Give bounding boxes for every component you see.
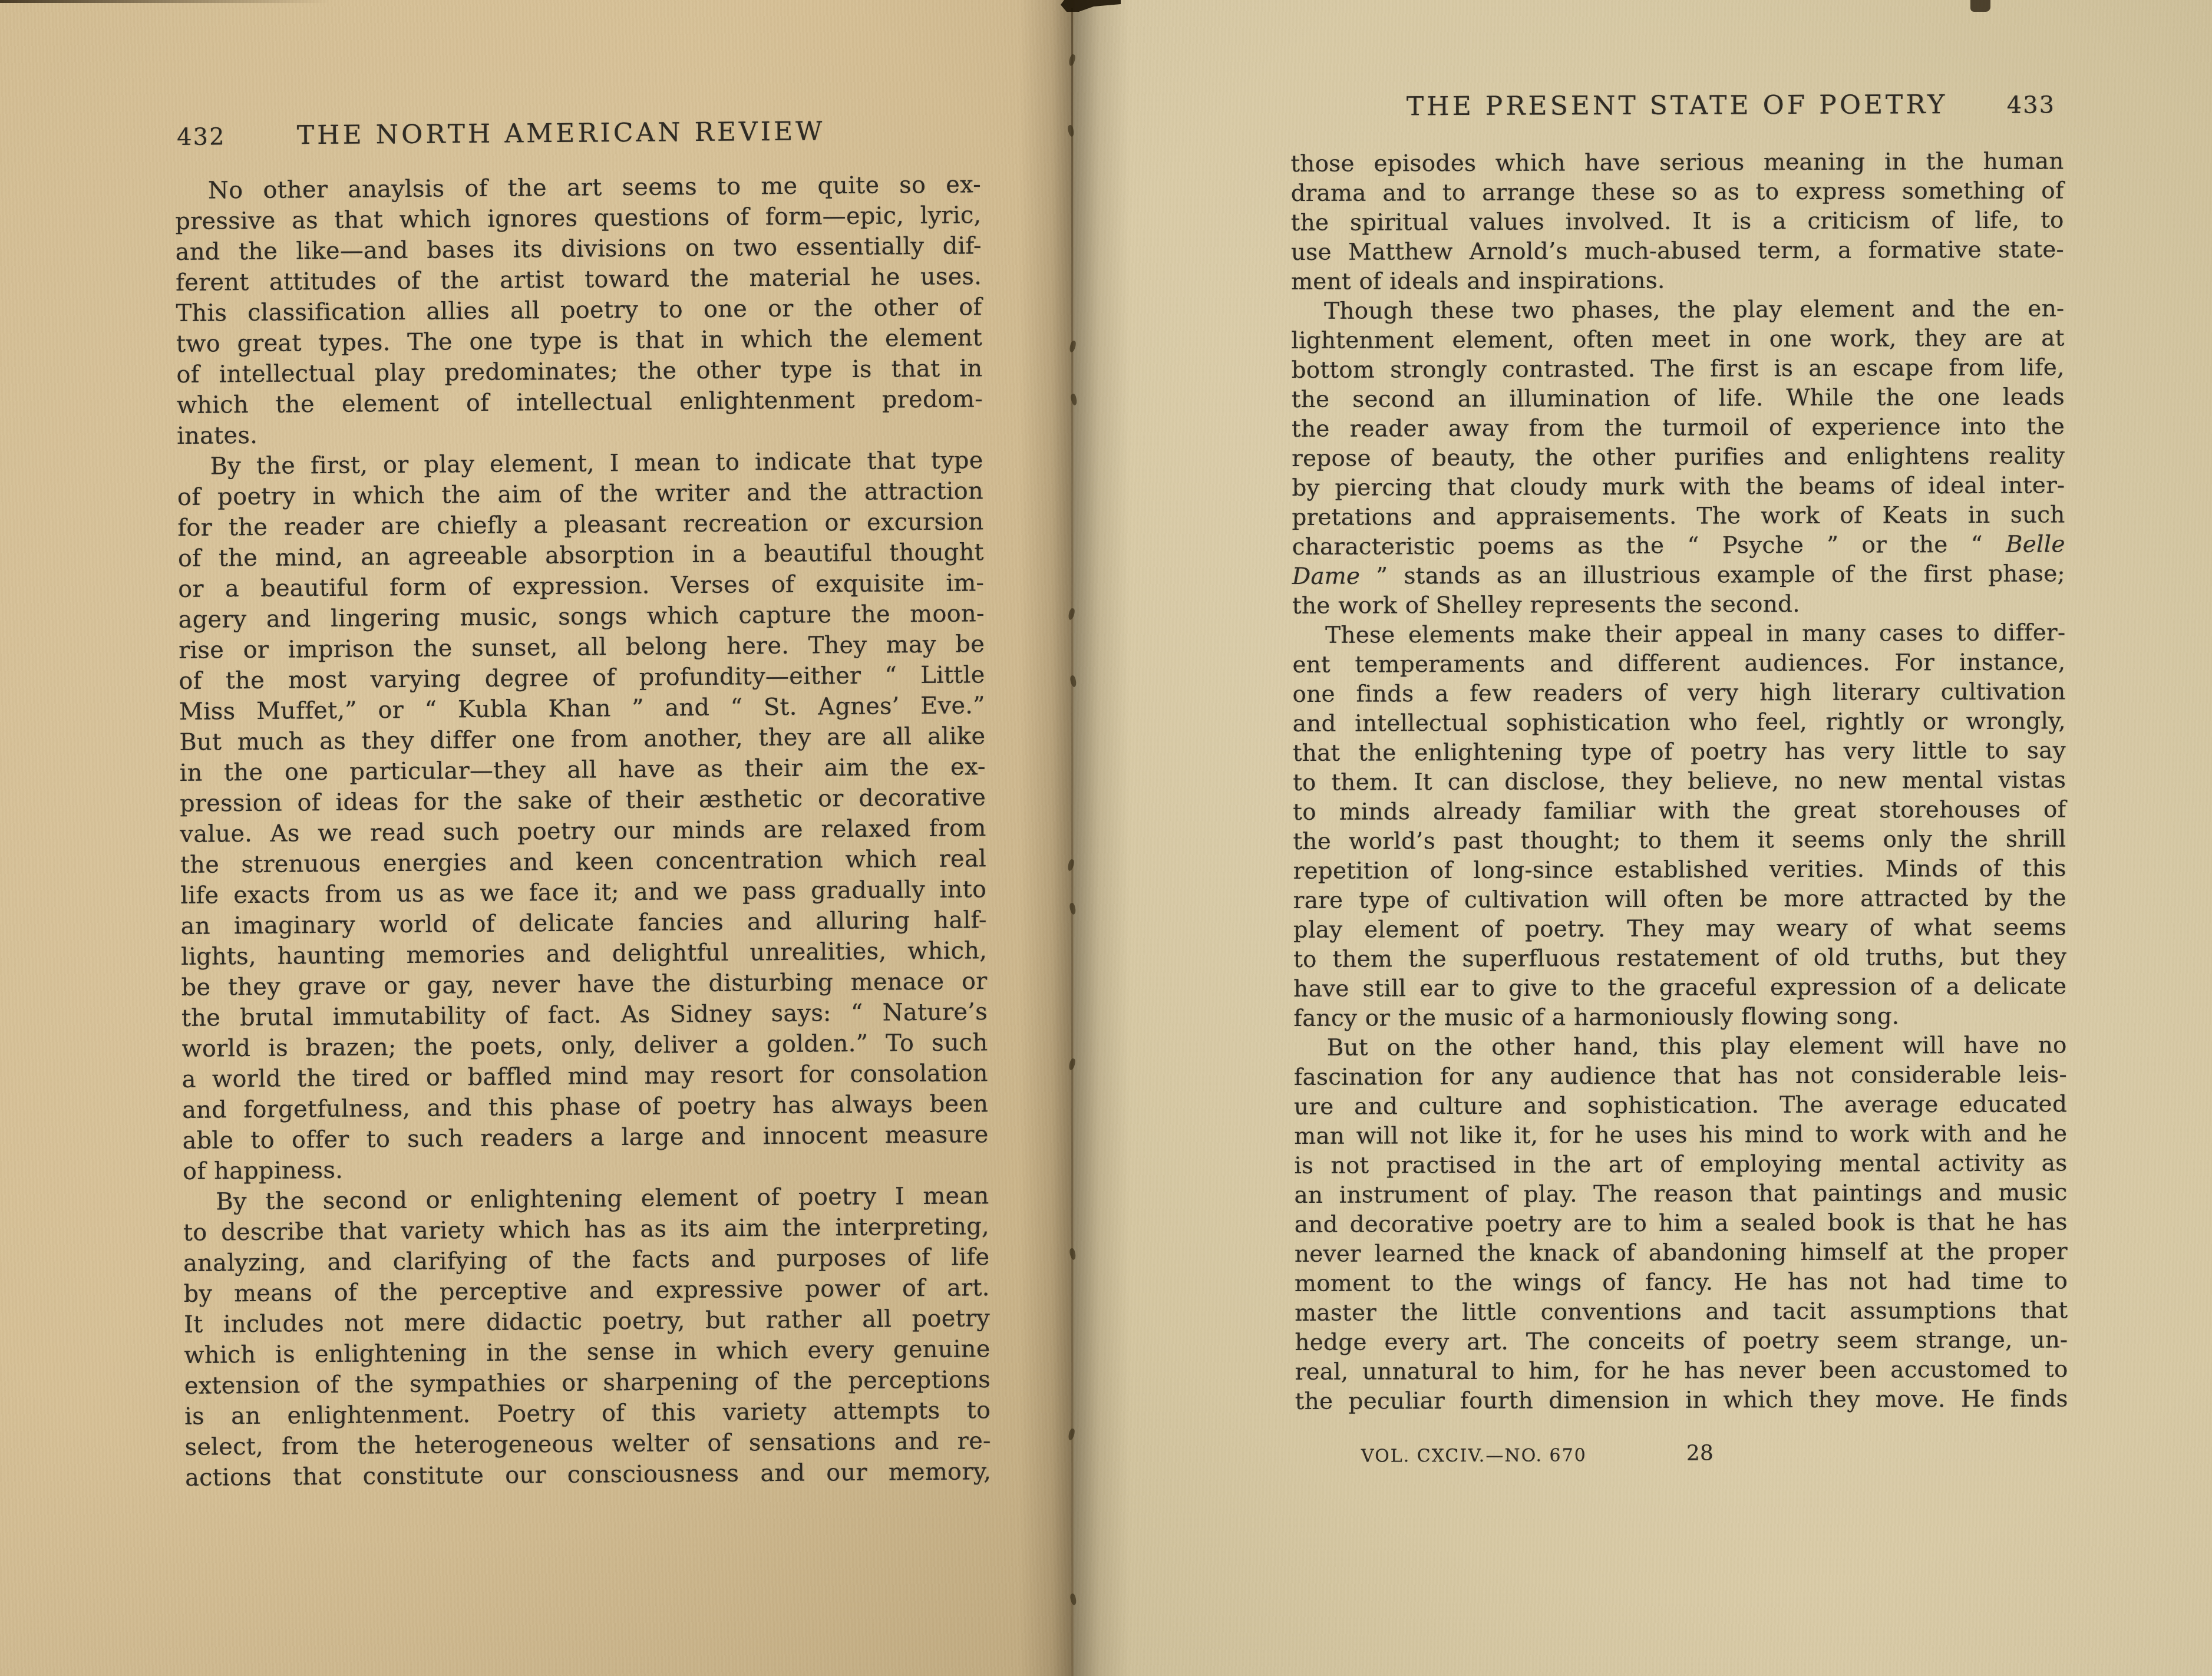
scan-artifact-top-right [1970,0,1990,12]
text-line: is not practised in the art of employing… [1294,1149,2067,1181]
text-line: Dame ” stands as an illustrious example … [1292,559,2065,592]
text-line: the second an illumination of life. Whil… [1292,382,2065,415]
text-line: moment to the wings of fancy. He has not… [1295,1266,2068,1299]
text-line: the spiritual values involved. It is a c… [1291,206,2064,238]
text-line: that the enlightening type of poetry has… [1293,736,2066,768]
right-body-text: those episodes which have serious meanin… [1290,147,2068,1417]
left-body-text: No other anaylsis of the art seems to me… [175,169,992,1493]
left-page-content: 432 THE NORTH AMERICAN REVIEW No other a… [174,115,991,1493]
scan-artifact-top-edge [0,0,330,3]
text-line: fascination for any audience that has no… [1294,1060,2067,1093]
text-line: use Matthew Arnold’s much-abused term, a… [1291,235,2064,268]
text-line: repetition of long-since established ver… [1293,854,2066,886]
text-line: lightenment element, often meet in one w… [1291,324,2064,356]
left-page-header: 432 THE NORTH AMERICAN REVIEW [174,115,980,158]
text-line: real, unnatural to him, for he has never… [1295,1355,2068,1387]
text-line: which the element of intellectual enligh… [177,384,983,421]
text-line: ure and culture and sophistication. The … [1294,1090,2067,1122]
signature-page-mark: 28 [1686,1441,1714,1466]
text-line: play element of poetry. They may weary o… [1293,913,2066,945]
text-line: and intellectual sophistication who feel… [1293,707,2066,739]
book-spread-scan: 432 THE NORTH AMERICAN REVIEW No other a… [0,0,2212,1676]
text-line: an instrument of play. The reason that p… [1294,1178,2067,1210]
text-line: those episodes which have serious meanin… [1290,147,2064,179]
left-running-title: THE NORTH AMERICAN REVIEW [174,115,980,151]
left-page-number: 432 [177,123,226,151]
text-line: and decorative poetry are to him a seale… [1295,1207,2068,1240]
text-line: master the little conventions and tacit … [1295,1296,2068,1328]
text-line: the peculiar fourth dimension in which t… [1295,1384,2068,1417]
text-line: Though these two phases, the play elemen… [1291,294,2064,326]
text-line: the reader away from the turmoil of expe… [1292,412,2065,444]
text-line: the work of Shelley represents the secon… [1292,589,2065,621]
text-line: to them the superfluous restatement of o… [1293,942,2066,975]
book-gutter-crease [1071,8,1073,1676]
text-line: rare type of cultivation will often be m… [1293,883,2066,916]
text-line: But on the other hand, this play element… [1294,1031,2067,1063]
right-page: THE PRESENT STATE OF POETRY 433 those ep… [1074,0,2212,1676]
text-line: These elements make their appeal in many… [1292,618,2065,651]
text-line: bottom strongly contrasted. The first is… [1292,353,2065,385]
text-line: by piercing that cloudy murk with the be… [1292,471,2065,503]
right-page-content: THE PRESENT STATE OF POETRY 433 those ep… [1290,89,2068,1470]
text-line: actions that constitute our consciousnes… [185,1456,991,1493]
left-page: 432 THE NORTH AMERICAN REVIEW No other a… [0,0,1074,1676]
text-line: have still ear to give to the graceful e… [1293,972,2066,1004]
text-line: characteristic poems as the “ Psyche ” o… [1292,530,2065,562]
right-page-header: THE PRESENT STATE OF POETRY 433 [1290,89,2064,128]
text-line: repose of beauty, the other purifies and… [1292,441,2065,474]
text-line: the world’s past thought; to them it see… [1293,824,2066,857]
text-line: to them. It can disclose, they believe, … [1293,766,2066,798]
text-line: ment of ideals and inspirations. [1291,265,2064,297]
text-line: one finds a few readers of very high lit… [1292,677,2065,710]
text-line: fancy or the music of a harmoniously flo… [1293,1001,2066,1034]
text-line: never learned the knack of abandoning hi… [1295,1237,2068,1269]
text-line: ent temperaments and different audiences… [1292,648,2065,680]
text-line: to minds already familiar with the great… [1293,795,2066,827]
right-page-number: 433 [2007,91,2056,118]
text-line: pretations and appraisements. The work o… [1292,500,2065,533]
text-line: man will not like it, for he uses his mi… [1294,1119,2067,1152]
text-line: drama and to arrange these so as to expr… [1291,176,2064,209]
right-page-footer: VOL. CXCIV.—NO. 670 28 [1295,1439,2068,1470]
text-line: able to offer to such readers a large an… [182,1119,988,1156]
text-line: hedge every art. The conceits of poetry … [1295,1325,2068,1358]
right-running-title: THE PRESENT STATE OF POETRY [1290,89,2064,122]
volume-issue-label: VOL. CXCIV.—NO. 670 [1361,1445,1587,1466]
